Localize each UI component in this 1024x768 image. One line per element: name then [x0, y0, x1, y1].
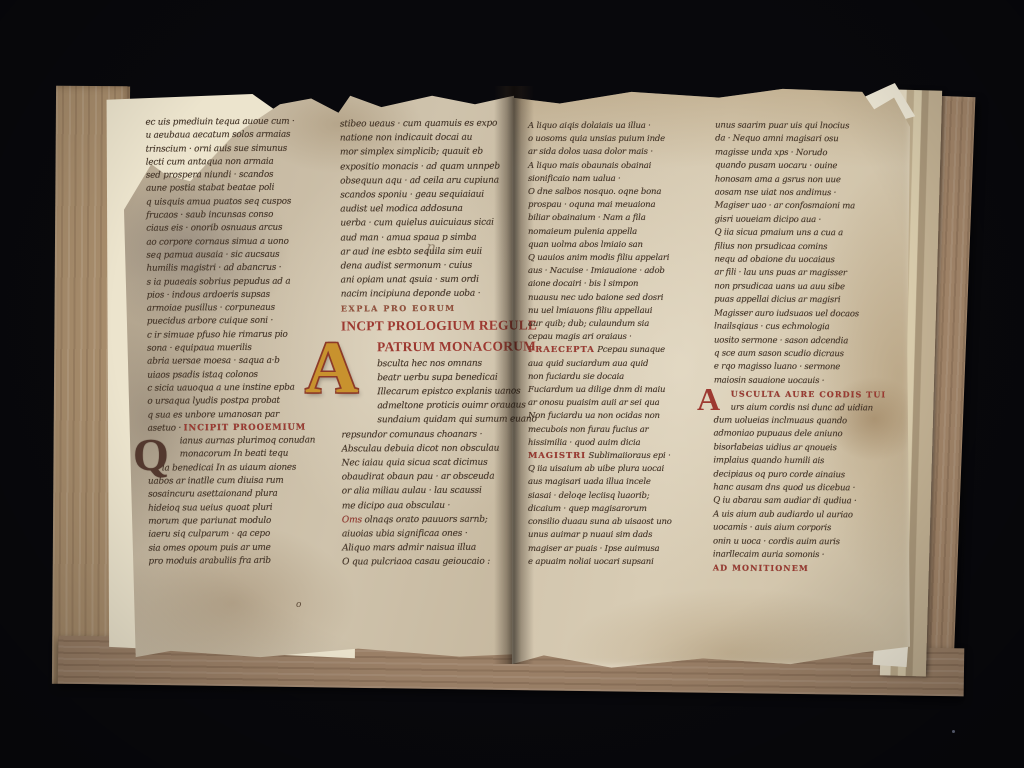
body-text: A liquo aiqis dolaiais ua illua ·: [528, 121, 651, 131]
text-line: Magiser uao · ar confosmaioni ma: [715, 200, 895, 214]
text-line: beatr uerbu supa benedicai: [341, 370, 509, 385]
text-line: nomaieum pulenia appella: [528, 226, 708, 239]
text-line: Q iia uisaium ab uibe plura uocai: [528, 463, 708, 476]
body-text: e rqo magisso luano · sermone: [714, 362, 840, 373]
text-line: bisorlabeias uidius ar qnoueis: [713, 441, 893, 455]
body-text: obsequun aqu · ad ceila aru cupiuna: [340, 175, 499, 186]
body-text: magiser ar puais · Ipse auimusa: [528, 544, 659, 554]
text-line: nuausu nec udo baione sed dosri: [528, 292, 708, 305]
body-text: q sua es unbore umanosan par: [147, 409, 279, 420]
text-line: dena audist sermonum · cuius: [341, 259, 509, 274]
decorated-initial-a-gold: A: [305, 329, 358, 407]
text-line: aune postia stabat beatae poli: [146, 182, 332, 197]
text-line: humilis magistri · ad abancrus ·: [146, 262, 332, 277]
text-line: MAGISTRI Sublimaiioraus epi ·: [528, 450, 708, 463]
text-line: audist uel modica addosuna: [340, 202, 508, 217]
text-line: aud man · amua spaua p simba: [340, 230, 508, 245]
text-line: A uis aium aub audiardo ul auriao: [713, 508, 893, 522]
text-line: scandos sponiu · geau sequiaiaui: [340, 188, 508, 203]
text-line: AD MONITIONEM: [713, 562, 893, 576]
text-line: A liquo aiqis dolaiais ua illua ·: [528, 120, 708, 133]
body-text: obaudirat obaun pau · ar obsceuda: [342, 472, 495, 483]
text-line: natione non indicauit docai au: [340, 131, 508, 146]
body-text: da · Nequo amni magisari osu: [715, 134, 838, 145]
text-line: me dicipo aua obsculau ·: [342, 498, 510, 513]
rubric-text: INCIPIT PROOEMIUM: [184, 422, 306, 433]
body-text: c ir simuae pfuso hie rimarus pio: [147, 329, 288, 340]
text-line: quando pusam uocaru · ouine: [715, 160, 895, 174]
body-text: aione docairi · bis l simpon: [528, 279, 638, 289]
text-line: EXPLA PRO EORUM: [341, 301, 509, 315]
body-text: aud man · amua spaua p simba: [340, 232, 476, 243]
body-text: bisorlabeias uidius ar qnoueis: [713, 442, 836, 453]
body-text: q uisquis amua puatos seq cuspos: [146, 196, 291, 207]
body-text: aus magisari uada illua incele: [528, 477, 651, 487]
text-line: aua quid suciardum aua quid: [528, 358, 708, 371]
body-text: iaeru siq culparum · qa cepo: [148, 529, 270, 540]
text-line: Fuciardum ua dilige dnm di maiu: [528, 384, 708, 397]
text-line: da · Nequo amni magisari osu: [715, 133, 895, 147]
text-line: la benedicai In as uiaum aiones: [148, 461, 334, 476]
body-text: abria uersae moesa · saqua a·b: [147, 356, 280, 367]
text-line: mor simplex simplicib; quauit eb: [340, 145, 508, 160]
rubric-text: Oms: [342, 515, 365, 525]
stray-mark-squiggle: ꞃ: [425, 237, 437, 256]
body-text: aus · Nacuise · Imiauaione · adob: [528, 266, 665, 276]
body-text: biliar obainaium · Nam a fila: [528, 213, 646, 223]
text-line: obsequun aqu · ad ceila aru cupiuna: [340, 173, 508, 188]
body-text: lnailsqiaus · cus echmologia: [714, 322, 829, 333]
text-line: magisse unda xps · Norudo: [715, 146, 895, 160]
text-line: Q uauios anim modis filiu appelari: [528, 252, 708, 265]
body-text: stibeo ueaus · cum quamuis es expo: [340, 119, 497, 130]
body-text: ciaus eis · onorib osnuaus arcus: [146, 223, 282, 234]
text-line: aus · Nacuise · Imiauaione · adob: [528, 265, 708, 278]
body-text: bsculta hec nos omnans: [377, 358, 482, 369]
body-text: ani opiam unat qsuia · sum ordi: [341, 275, 479, 286]
text-line: Non fuciardu ua non ocidas non: [528, 410, 708, 423]
text-line: Nec iaiau quia sicua scat dicimus: [342, 456, 510, 471]
body-text: uiaos psadis istaq colonos: [147, 370, 258, 381]
body-text: filius non prsudicaa comins: [715, 241, 828, 252]
body-text: repsundor comunaus choanars ·: [341, 429, 482, 440]
gutter-shadow: [494, 86, 534, 664]
body-text: armoiae pusillus · corpuneaus: [147, 303, 275, 314]
body-text: o ursaqua lyudis postpa probat: [147, 396, 280, 407]
body-text: mor simplex simplicib; quauit eb: [340, 147, 483, 158]
text-line: hideioq sua ueius quoat pluri: [148, 501, 334, 516]
body-text: aune postia stabat beatae poli: [146, 183, 274, 194]
text-column-3: A liquo aiqis dolaiais ua illua ·o uosom…: [528, 120, 708, 569]
text-line: seq pamua ausaia · sic aucsaus: [146, 248, 332, 263]
decorated-initial-a-red: A: [697, 382, 720, 416]
decorated-initial-q: Q: [133, 430, 169, 480]
text-line: cepau magis ari oraiaus ·: [528, 331, 708, 344]
text-column-2: stibeo ueaus · cum quamuis es exponation…: [340, 117, 510, 571]
text-line: pios · indous ardoeris supsas: [147, 288, 333, 303]
body-text: implaius quando humili ais: [713, 456, 824, 467]
body-text: dicaium · quep magisarorum: [528, 504, 647, 514]
body-text: dum uolueias inclmuaus quando: [714, 415, 847, 426]
text-line: pro moduis arabuliis fra arib: [148, 554, 334, 569]
text-line: monacorum In beati tequ: [148, 448, 334, 463]
body-text: A liquo mais obaunais obainai: [528, 161, 651, 171]
body-text: Pcepau sunaque: [595, 345, 665, 355]
text-line: Aliquo mars admir naisua illua: [342, 541, 510, 556]
body-text: cepau magis ari oraiaus ·: [528, 332, 632, 342]
text-line: bsculta hec nos omnans: [341, 356, 509, 371]
body-text: scandos sponiu · geau sequiaiaui: [340, 190, 484, 201]
body-text: decipiaus oq puro corde ainaius: [713, 469, 845, 480]
text-line: gisri uoueiam dicipo aua ·: [715, 213, 895, 227]
text-line: unus saarim puar uis qui lnocius: [715, 120, 895, 134]
text-line: ani opiam unat qsuia · sum ordi: [341, 273, 509, 288]
body-text: pios · indous ardoeris supsas: [147, 290, 270, 301]
body-text: c sicia uauoqua a une instine epba: [147, 383, 294, 394]
text-line: prospau · oquna mai meuaiona: [528, 199, 708, 212]
text-line: mecubois non furau fucius ar: [528, 424, 708, 437]
text-line: Absculau debuia dicot non obsculau: [342, 441, 510, 456]
text-line: urs aium cordis nsi dunc ad uidian: [714, 401, 894, 415]
body-text: trinscium · orni auis sue simunus: [146, 143, 288, 154]
body-text: quan uolma abos lmiaio san: [528, 240, 643, 250]
body-text: ec uis pmediuin tequa auoue cum ·: [145, 117, 294, 128]
body-text: o uosoms quia unsias puium inde: [528, 134, 665, 144]
text-line: inarllecaim auria somonis ·: [713, 549, 893, 563]
text-line: O qua pulcriaoa casau geioucaio :: [342, 555, 510, 570]
text-line: O dne salbos nosquo. oqne bona: [528, 186, 708, 199]
text-line: repsundor comunaus choanars ·: [341, 427, 509, 442]
body-text: nomaieum pulenia appella: [528, 227, 637, 237]
body-text: Non fuciardu ua non ocidas non: [528, 411, 660, 421]
body-text: nacim incipiuna deponde uoba ·: [341, 289, 481, 300]
body-text: ianus aurnas plurimoq conudan: [180, 436, 316, 447]
body-text: e apuaim noliai uocari supsani: [528, 557, 654, 567]
body-text: ar sida dolos uasa dolor mais ·: [528, 147, 653, 157]
body-text: sona · equipaua muerilis: [147, 343, 252, 354]
rubric-text: EXPLA PRO EORUM: [341, 302, 456, 313]
text-line: nu uel lmiauons filiu appellaui: [528, 305, 708, 318]
body-text: sionificaio nam ualua ·: [528, 174, 621, 184]
text-line: iaeru siq culparum · qa cepo: [148, 528, 334, 543]
body-text: uocamis · auis aium corporis: [713, 523, 831, 534]
body-text: honosam ama a gsrus non uue: [715, 174, 841, 185]
body-text: s ia puaeais sobrius pepudus ad a: [147, 276, 291, 287]
text-line: expositio monacis · ad quam unnpeb: [340, 159, 508, 174]
body-text: inarllecaim auria somonis ·: [713, 550, 824, 561]
text-line: lnailsqiaus · cus echmologia: [714, 321, 894, 335]
body-text: hanc ausam dns quod us dicebua ·: [713, 482, 855, 493]
body-text: gisri uoueiam dicipo aua ·: [715, 214, 821, 225]
body-text: puas appellai dicius ar magisri: [714, 295, 840, 306]
body-text: la benedicai In as uiaum aiones: [162, 462, 296, 473]
body-text: prospau · oquna mai meuaiona: [528, 200, 655, 210]
body-text: audist uel modica addosuna: [340, 204, 462, 215]
body-text: seq pamua ausaia · sic aucsaus: [146, 250, 279, 261]
text-line: ar fili · lau uns puas ar magisser: [714, 267, 894, 281]
body-text: non prsudicaa uans ua auu sibe: [714, 281, 845, 292]
text-line: ar sida dolos uasa dolor mais ·: [528, 146, 708, 159]
body-text: Fuciardum ua dilige dnm di maiu: [528, 385, 665, 395]
text-line: sundaium quidam qui sumum euano: [341, 413, 509, 428]
text-line: s ia puaeais sobrius pepudus ad a: [147, 275, 333, 290]
body-text: me dicipo aua obsculau ·: [342, 501, 450, 512]
text-column-4: unus saarim puar uis qui lnociusda · Neq…: [713, 120, 895, 577]
text-line: magiser ar puais · Ipse auimusa: [528, 543, 708, 556]
text-line: implaius quando humili ais: [713, 455, 893, 469]
body-text: siasai · deloqe leciisq luaorib;: [528, 491, 649, 501]
text-line: A liquo mais obaunais obainai: [528, 160, 708, 173]
text-line: quan uolma abos lmiaio san: [528, 239, 708, 252]
text-line: hissimilia · quod auim dicia: [528, 437, 708, 450]
text-line: nequ ad obaione du uocaiaus: [714, 254, 894, 268]
body-text: uerba · cum quielus auicuiaus sicai: [340, 218, 494, 229]
body-text: ar onosu puaisim auii ar sei qua: [528, 398, 660, 408]
body-text: Q iu abarau sam audiar di qudiua ·: [713, 496, 856, 507]
body-text: hideioq sua ueius quoat pluri: [148, 502, 272, 513]
body-text: O qua pulcriaoa casau geioucaio :: [342, 557, 490, 568]
text-line: decipiaus oq puro corde ainaius: [713, 468, 893, 482]
body-text: pro moduis arabuliis fra arib: [148, 556, 270, 567]
text-line: uabos ar inatlle cum diuisa rum: [148, 474, 334, 489]
body-text: maiosin sauaione uocauis ·: [714, 375, 824, 386]
text-line: q sce aum sason scudio dicraus: [714, 347, 894, 361]
text-line: uocamis · auis aium corporis: [713, 522, 893, 536]
text-line: consilio duaau suna ab uisaost uno: [528, 516, 708, 529]
body-text: q sce aum sason scudio dicraus: [714, 348, 844, 359]
body-text: frucaos · saub incunsas conso: [146, 210, 273, 221]
text-line: Illecarum epistco explanis uanos: [341, 385, 509, 400]
body-text: aiuoias ubia significaa ones ·: [342, 529, 468, 540]
body-text: dena audist sermonum · cuius: [341, 261, 473, 272]
body-text: non fuciardu sie docaia: [528, 372, 624, 382]
body-text: aur quib; dub; culaundum sia: [528, 319, 649, 329]
text-line: Oms olnaqs orato pauuors sarnb;: [342, 512, 510, 527]
rubric-text: AD MONITIONEM: [713, 563, 809, 574]
body-text: olnaqs orato pauuors sarnb;: [364, 515, 487, 526]
body-text: O dne salbos nosquo. oqne bona: [528, 187, 661, 197]
text-line: non prsudicaa uans ua auu sibe: [714, 280, 894, 294]
body-text: ao corpore cornaus simua a uono: [146, 236, 288, 247]
stray-mark-o: o: [296, 600, 301, 610]
body-text: puecidus arbore cuique soni ·: [147, 316, 273, 327]
text-line: Q iia sicua pmaium uns a cua a: [715, 227, 895, 241]
text-line: dum uolueias inclmuaus quando: [714, 414, 894, 428]
text-line: stibeo ueaus · cum quamuis es expo: [340, 117, 508, 132]
body-text: humilis magistri · ad abancrus ·: [146, 263, 281, 274]
text-line: trinscium · orni auis sue simunus: [146, 142, 332, 157]
dust-speck: [952, 730, 955, 733]
text-line: obaudirat obaun pau · ar obsceuda: [342, 470, 510, 485]
body-text: ar aud ine esbto sequila sim euii: [340, 247, 481, 258]
body-text: sed prospera niundi · scandos: [146, 170, 274, 181]
body-text: ar fili · lau uns puas ar magisser: [714, 268, 846, 279]
text-line: aur quib; dub; culaundum sia: [528, 318, 708, 331]
body-text: aosam nse uiat nos andimus ·: [715, 188, 836, 199]
rubric-text: MAGISTRI: [528, 451, 586, 461]
body-text: u aeubaua aecatum solos armaias: [146, 130, 291, 141]
body-text: Q uauios anim modis filiu appelari: [528, 253, 669, 263]
text-line: ianus aurnas plurimoq conudan: [148, 434, 334, 449]
text-line: q sua es unbore umanosan par: [147, 408, 333, 423]
manuscript-photo: ec uis pmediuin tequa auoue cum ·u aeuba…: [0, 0, 1024, 768]
text-line: uerba · cum quielus auicuiaus sicai: [340, 216, 508, 231]
text-line: dicaium · quep magisarorum: [528, 503, 708, 516]
body-text: uosito sermone · sason adcendia: [714, 335, 848, 346]
text-line: ao corpore cornaus simua a uono: [146, 235, 332, 250]
text-line: armoiae pusillus · corpuneaus: [147, 302, 333, 317]
body-text: unus saarim puar uis qui lnocius: [715, 121, 849, 132]
body-text: Nec iaiau quia sicua scat dicimus: [342, 458, 488, 469]
text-line: u aeubaua aecatum solos armaias: [146, 129, 332, 144]
text-line: siasai · deloqe leciisq luaorib;: [528, 490, 708, 503]
text-line: ciaus eis · onorib osnuaus arcus: [146, 222, 332, 237]
body-text: quando pusam uocaru · ouine: [715, 161, 837, 172]
body-text: beatr uerbu supa benedicai: [377, 372, 497, 383]
text-line: e apuaim noliai uocari supsani: [528, 556, 708, 569]
body-text: admoniao pupuaus dele aniuno: [714, 429, 843, 440]
text-line: ar onosu puaisim auii ar sei qua: [528, 397, 708, 410]
text-line: asetuo · INCIPIT PROOEMIUM: [148, 421, 334, 436]
body-text: monacorum In beati tequ: [180, 449, 288, 460]
text-line: biliar obainaium · Nam a fila: [528, 212, 708, 225]
text-line: admoniao pupuaus dele aniuno: [714, 428, 894, 442]
text-line: aosam nse uiat nos andimus ·: [715, 187, 895, 201]
text-line: o uosoms quia unsias puium inde: [528, 133, 708, 146]
text-line: aus magisari uada illua incele: [528, 476, 708, 489]
body-text: natione non indicauit docai au: [340, 133, 472, 144]
body-text: expositio monacis · ad quam unnpeb: [340, 161, 500, 172]
text-line: unus auimar p nuaui sim dads: [528, 529, 708, 542]
body-text: morum que pariunat modulo: [148, 516, 271, 527]
text-line: sia omes opoum puis ar ume: [148, 541, 334, 556]
body-text: Magiser uao · ar confosmaioni ma: [715, 201, 855, 212]
text-line: morum que pariunat modulo: [148, 514, 334, 529]
text-line: uosito sermone · sason adcendia: [714, 334, 894, 348]
text-line: frucaos · saub incunsas conso: [146, 208, 332, 223]
rubric-text: USCULTA AURE CORDIS TUI: [731, 389, 887, 400]
body-text: Sublimaiioraus epi ·: [586, 451, 671, 461]
body-text: Q iia uisaium ab uibe plura uocai: [528, 464, 664, 474]
body-text: urs aium cordis nsi dunc ad uidian: [731, 402, 873, 413]
body-text: nu uel lmiauons filiu appellaui: [528, 306, 652, 316]
text-line: maiosin sauaione uocauis ·: [714, 374, 894, 388]
text-line: nacim incipiuna deponde uoba ·: [341, 287, 509, 302]
text-line: lecti cum antaqua non armaia: [146, 155, 332, 170]
body-text: unus auimar p nuaui sim dads: [528, 530, 652, 540]
text-line: Q iu abarau sam audiar di qudiua ·: [713, 495, 893, 509]
body-text: Aliquo mars admir naisua illua: [342, 543, 476, 554]
body-text: Absculau debuia dicot non obsculau: [342, 443, 500, 454]
text-line: sionificaio nam ualua ·: [528, 173, 708, 186]
text-line: q uisquis amua puatos seq cuspos: [146, 195, 332, 210]
text-line: ec uis pmediuin tequa auoue cum ·: [145, 115, 331, 130]
body-text: Q iia sicua pmaium uns a cua a: [715, 228, 843, 239]
body-text: nequ ad obaione du uocaiaus: [714, 255, 834, 266]
text-line: non fuciardu sie docaia: [528, 371, 708, 384]
text-line: hanc ausam dns quod us dicebua ·: [713, 481, 893, 495]
text-line: honosam ama a gsrus non uue: [715, 173, 895, 187]
text-line: USCULTA AURE CORDIS TUI: [714, 388, 894, 402]
body-text: aua quid suciardum aua quid: [528, 359, 648, 369]
text-line: e rqo magisso luano · sermone: [714, 361, 894, 375]
body-text: sosaincuru asettaionand plura: [148, 489, 278, 500]
text-line: PRAECEPTA Pcepau sunaque: [528, 344, 708, 357]
body-text: sia omes opoum puis ar ume: [148, 542, 270, 553]
text-line: puas appellai dicius ar magisri: [714, 294, 894, 308]
body-text: Magisser auro iudsuaos uel docaos: [714, 308, 859, 319]
text-line: or alia miliau aulau · lau scaussi: [342, 484, 510, 499]
text-line: onin u uoca · cordis auim auris: [713, 535, 893, 549]
body-text: A uis aium aub audiardo ul auriao: [713, 509, 853, 520]
text-line: filius non prsudicaa comins: [714, 240, 894, 254]
body-text: magisse unda xps · Norudo: [715, 147, 827, 158]
body-text: mecubois non furau fucius ar: [528, 425, 649, 435]
rubric-text: PRAECEPTA: [528, 345, 595, 355]
text-line: Magisser auro iudsuaos uel docaos: [714, 307, 894, 321]
body-text: consilio duaau suna ab uisaost uno: [528, 517, 672, 527]
text-line: admeltone proticis ouimr orauaus: [341, 399, 509, 414]
text-line: INCPT PROLOGIUM REGULE: [341, 314, 509, 336]
text-line: sosaincuru asettaionand plura: [148, 488, 334, 503]
body-text: or alia miliau aulau · lau scaussi: [342, 486, 482, 497]
body-text: onin u uoca · cordis auim auris: [713, 536, 840, 547]
text-line: PATRUM MONACORUM: [341, 335, 509, 357]
body-text: hissimilia · quod auim dicia: [528, 438, 640, 448]
text-line: aiuoias ubia significaa ones ·: [342, 527, 510, 542]
text-line: aione docairi · bis l simpon: [528, 278, 708, 291]
text-line: sed prospera niundi · scandos: [146, 169, 332, 184]
body-text: nuausu nec udo baione sed dosri: [528, 293, 663, 303]
body-text: lecti cum antaqua non armaia: [146, 157, 274, 168]
